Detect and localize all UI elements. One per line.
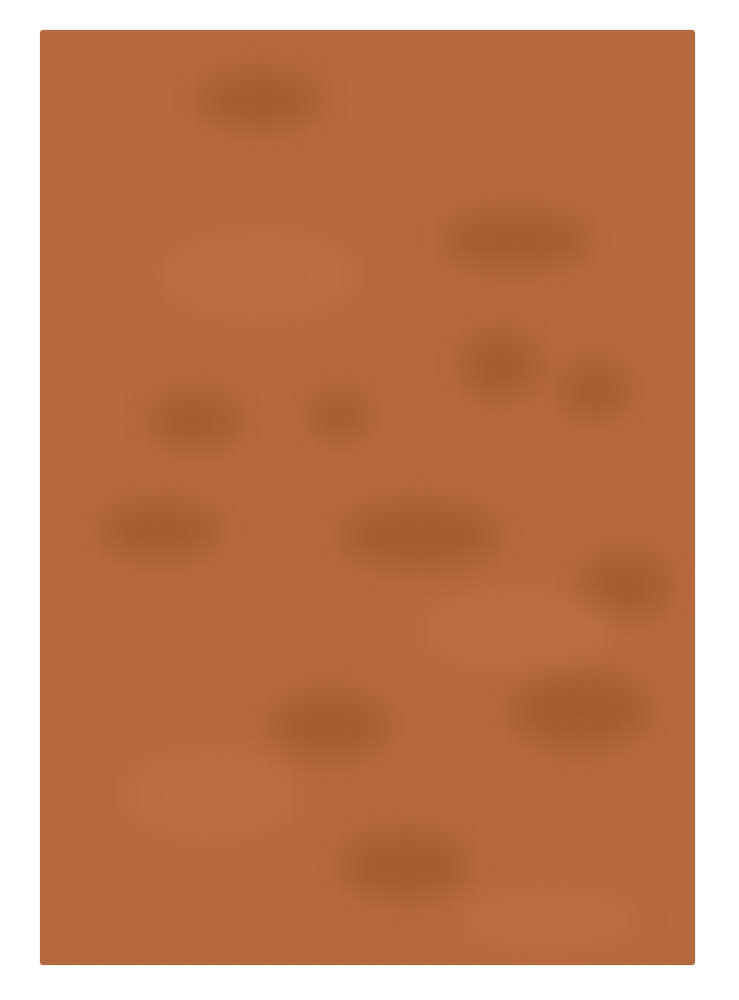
rug (40, 30, 695, 965)
product-photo (0, 0, 739, 1000)
rug-texture (40, 30, 695, 965)
